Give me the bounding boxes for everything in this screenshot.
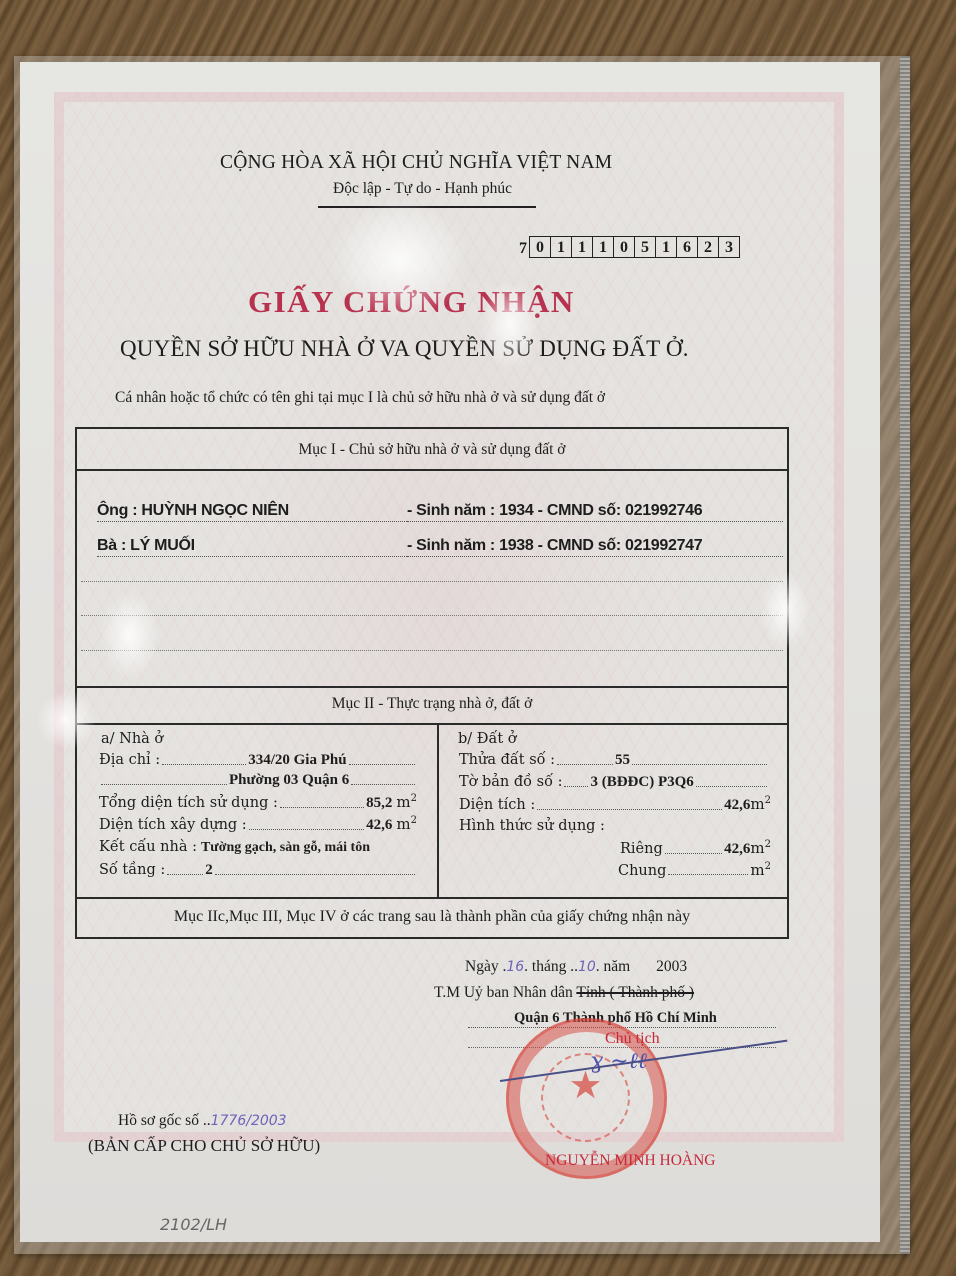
section-2-heading: Mục II - Thực trạng nhà ở, đất ở [77,695,787,713]
land-area-field: Diện tích : 42,6 m2 [459,795,771,814]
blank-owner-line [81,615,783,616]
house-address-line-2: Phường 03 Quận 6 [229,772,349,789]
blank-owner-line [81,650,783,651]
built-area-field: Diện tích xây dựng : 42,6 m2 [99,815,417,834]
struck-province-text: Tỉnh ( Thành phố ) [576,984,694,1001]
section-1-heading: Mục I - Chủ sở hữu nhà ở và sử dụng đất … [77,441,787,459]
column-divider [437,723,439,897]
national-motto: Độc lập - Tự do - Hạnh phúc [333,180,512,198]
map-sheet-field: Tờ bản đồ số : 3 (BĐĐC) P3Q6 [459,774,769,791]
serial-digit: 1 [572,236,593,258]
divider [77,897,787,899]
serial-digit: 2 [698,236,719,258]
owner-info: - Sinh năm : 1934 - CMND số: 021992746 [407,502,783,522]
blank-owner-line [81,581,783,582]
chairman-title: Chủ tịch [605,1030,660,1048]
shared-use-field: Chung m2 [618,861,771,879]
divider [77,723,787,725]
house-heading: a/ Nhà ở [101,731,163,747]
motto-underline [318,206,536,208]
original-file-number: Hồ sơ gốc số ..1776/2003 [118,1112,287,1130]
certificate-table: Mục I - Chủ sở hữu nhà ở và sử dụng đất … [75,427,789,939]
house-address-line-1: 334/20 Gia Phú [248,752,346,769]
file-number-value: 1776/2003 [211,1113,287,1129]
structure-value: Tường gạch, sàn gỗ, mái tôn [201,840,370,856]
private-use-value: 42,6 [724,841,750,858]
total-area-field: Tổng diện tích sử dụng : 85,2 m2 [99,793,417,812]
owner-row: Ông : HUỲNH NGỌC NIÊN - Sinh năm : 1934 … [97,502,783,522]
usage-form-field: Hình thức sử dụng : [459,818,605,834]
signer-name: NGUYỄN MINH HOÀNG [545,1152,716,1170]
serial-digit: 6 [677,236,698,258]
floors-value: 2 [205,862,213,879]
owner-row: Bà : LÝ MUỐI - Sinh năm : 1938 - CMND số… [97,537,783,557]
owner-name: Bà : LÝ MUỐI [97,537,407,557]
floors-field: Số tầng : 2 [99,862,417,879]
land-heading: b/ Đất ở [458,731,517,747]
serial-digit: 0 [614,236,635,258]
divider [77,469,787,471]
total-area-value: 85,2 [366,795,392,812]
national-title: CỘNG HÒA XÃ HỘI CHỦ NGHĨA VIỆT NAM [220,152,612,174]
owner-name: Ông : HUỲNH NGỌC NIÊN [97,502,407,522]
map-sheet-value: 3 (BĐĐC) P3Q6 [590,774,693,791]
certificate-serial-number: 7 0 1 1 1 0 5 1 6 2 3 [509,236,740,258]
built-area-value: 42,6 [366,817,392,834]
owner-info: - Sinh năm : 1938 - CMND số: 021992747 [407,537,783,557]
owner-copy-label: (BẢN CẤP CHO CHỦ SỞ HỮU) [88,1136,320,1156]
sleeve-seal-edge [900,56,910,1254]
serial-digit: 0 [529,236,551,258]
serial-prefix: 7 [509,240,529,258]
issue-year: 2003 [656,958,687,975]
issuing-committee: T.M Uỷ ban Nhân dân Tỉnh ( Thành phố ) [434,984,694,1002]
certificate-subtitle: QUYỀN SỞ HỮU NHÀ Ở VA QUYỀN SỬ DỤNG ĐẤT … [120,336,689,362]
issue-month: 10 [578,959,596,975]
house-address-field: Địa chỉ : 334/20 Gia Phú [99,752,417,769]
divider [77,686,787,688]
serial-digit: 3 [719,236,740,258]
structure-field: Kết cấu nhà : Tường gạch, sàn gỗ, mái tô… [99,839,419,856]
serial-digit: 1 [656,236,677,258]
issue-date: Ngày .16. tháng ..10. năm 2003 [465,958,687,976]
continuation-note: Mục IIc,Mục III, Mục IV ở các trang sau … [77,908,787,926]
serial-digit: 5 [635,236,656,258]
certificate-title: GIẤY CHỨNG NHẬN [248,284,575,320]
land-area-value: 42,6 [724,797,750,814]
private-use-field: Riêng 42,6 m2 [620,839,771,858]
serial-digit: 1 [593,236,614,258]
parcel-field: Thửa đất số : 55 [459,752,769,769]
handwritten-archive-note: 2102/LH [160,1215,227,1234]
serial-digit: 1 [551,236,572,258]
house-address-field-2: Phường 03 Quận 6 [99,772,417,789]
certificate-intro: Cá nhân hoặc tổ chức có tên ghi tại mục … [115,389,605,407]
parcel-value: 55 [615,752,630,769]
issue-day: 16 [506,959,524,975]
